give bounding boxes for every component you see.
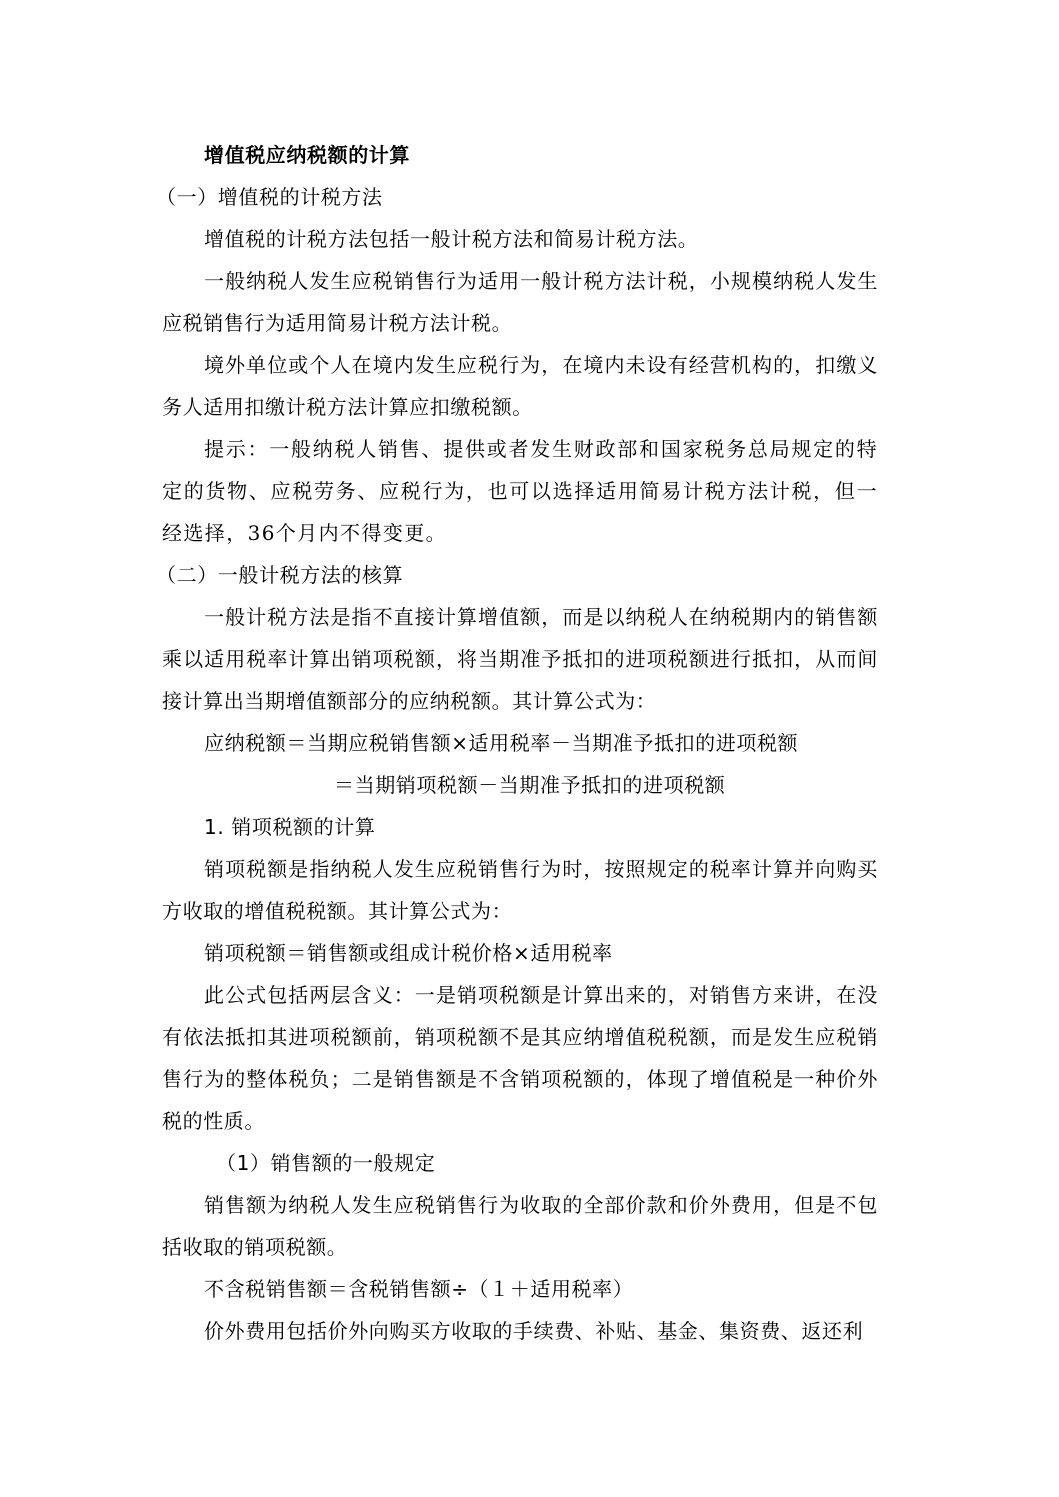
section-1-paragraph-3: 境外单位或个人在境内发生应税行为，在境内未设有经营机构的，扣缴义务人适用扣缴计税… — [162, 344, 878, 428]
tax-exclusive-sales-formula: 不含税销售额＝含税销售额÷（１＋适用税率） — [162, 1268, 878, 1310]
item-1-heading: 1. 销项税额的计算 — [162, 806, 878, 848]
document-title: 增值税应纳税额的计算 — [162, 134, 878, 176]
output-tax-formula: 销项税额＝销售额或组成计税价格×适用税率 — [162, 932, 878, 974]
extra-charges-paragraph: 价外费用包括价外向购买方收取的手续费、补贴、基金、集资费、返还利 — [162, 1310, 878, 1352]
tip-note: 提示：一般纳税人销售、提供或者发生财政部和国家税务总局规定的特定的货物、应税劳务… — [162, 428, 878, 554]
section-1-heading: （一）增值税的计税方法 — [156, 176, 878, 218]
section-2-heading: （二）一般计税方法的核算 — [156, 554, 878, 596]
section-1-paragraph-1: 增值税的计税方法包括一般计税方法和简易计税方法。 — [162, 218, 878, 260]
section-1-paragraph-2: 一般纳税人发生应税销售行为适用一般计税方法计税，小规模纳税人发生应税销售行为适用… — [162, 260, 878, 344]
section-2-intro: 一般计税方法是指不直接计算增值额，而是以纳税人在纳税期内的销售额乘以适用税率计算… — [162, 596, 878, 722]
sales-amount-definition: 销售额为纳税人发生应税销售行为收取的全部价款和价外费用，但是不包括收取的销项税额… — [162, 1184, 878, 1268]
output-tax-explanation: 此公式包括两层含义：一是销项税额是计算出来的，对销售方来讲，在没有依法抵扣其进项… — [162, 974, 878, 1142]
document-page: 增值税应纳税额的计算 （一）增值税的计税方法 增值税的计税方法包括一般计税方法和… — [162, 134, 878, 1352]
tax-payable-formula-line-2: ＝当期销项税额－当期准予抵扣的进项税额 — [162, 764, 878, 806]
output-tax-definition: 销项税额是指纳税人发生应税销售行为时，按照规定的税率计算并向购买方收取的增值税税… — [162, 848, 878, 932]
sub-item-1-heading: （1）销售额的一般规定 — [162, 1142, 878, 1184]
tax-payable-formula-line-1: 应纳税额＝当期应税销售额×适用税率－当期准予抵扣的进项税额 — [162, 722, 878, 764]
